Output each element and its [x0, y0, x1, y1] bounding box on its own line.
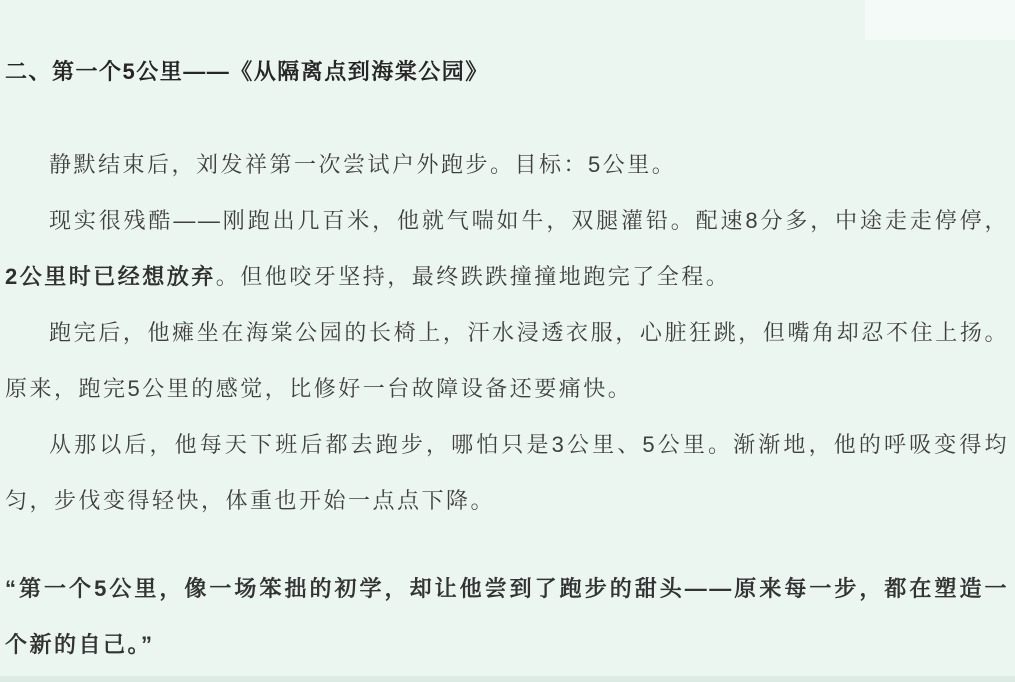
- paragraph-reality-text: 现实很残酷——刚跑出几百米，他就气喘如牛，双腿灌铅。配速8分多，中途走走停停，: [49, 208, 1009, 233]
- paragraph-finish: 跑完后，他瘫坐在海棠公园的长椅上，汗水浸透衣服，心脏狂跳，但嘴角却忍不住上扬。原…: [5, 305, 1009, 417]
- article-page: 二、第一个5公里——《从隔离点到海棠公园》 静默结束后，刘发祥第一次尝试户外跑步…: [0, 0, 1015, 673]
- closing-quote: “第一个5公里，像一场笨拙的初学，却让他尝到了跑步的甜头——原来每一步，都在塑造…: [5, 561, 1009, 673]
- paragraph-reality: 现实很残酷——刚跑出几百米，他就气喘如牛，双腿灌铅。配速8分多，中途走走停停，2…: [5, 193, 1009, 305]
- paragraph-reality-bold-phrase: 2公里时已经想放弃: [5, 264, 216, 289]
- paragraph-reality-text-end: 。但他咬牙坚持，最终跌跌撞撞地跑完了全程。: [216, 264, 731, 289]
- paragraph-habit: 从那以后，他每天下班后都去跑步，哪怕只是3公里、5公里。渐渐地，他的呼吸变得均匀…: [5, 417, 1009, 529]
- bottom-edge-strip: [0, 676, 1015, 682]
- section-heading: 二、第一个5公里——《从隔离点到海棠公园》: [5, 44, 1009, 100]
- paragraph-goal: 静默结束后，刘发祥第一次尝试户外跑步。目标：5公里。: [5, 137, 1009, 193]
